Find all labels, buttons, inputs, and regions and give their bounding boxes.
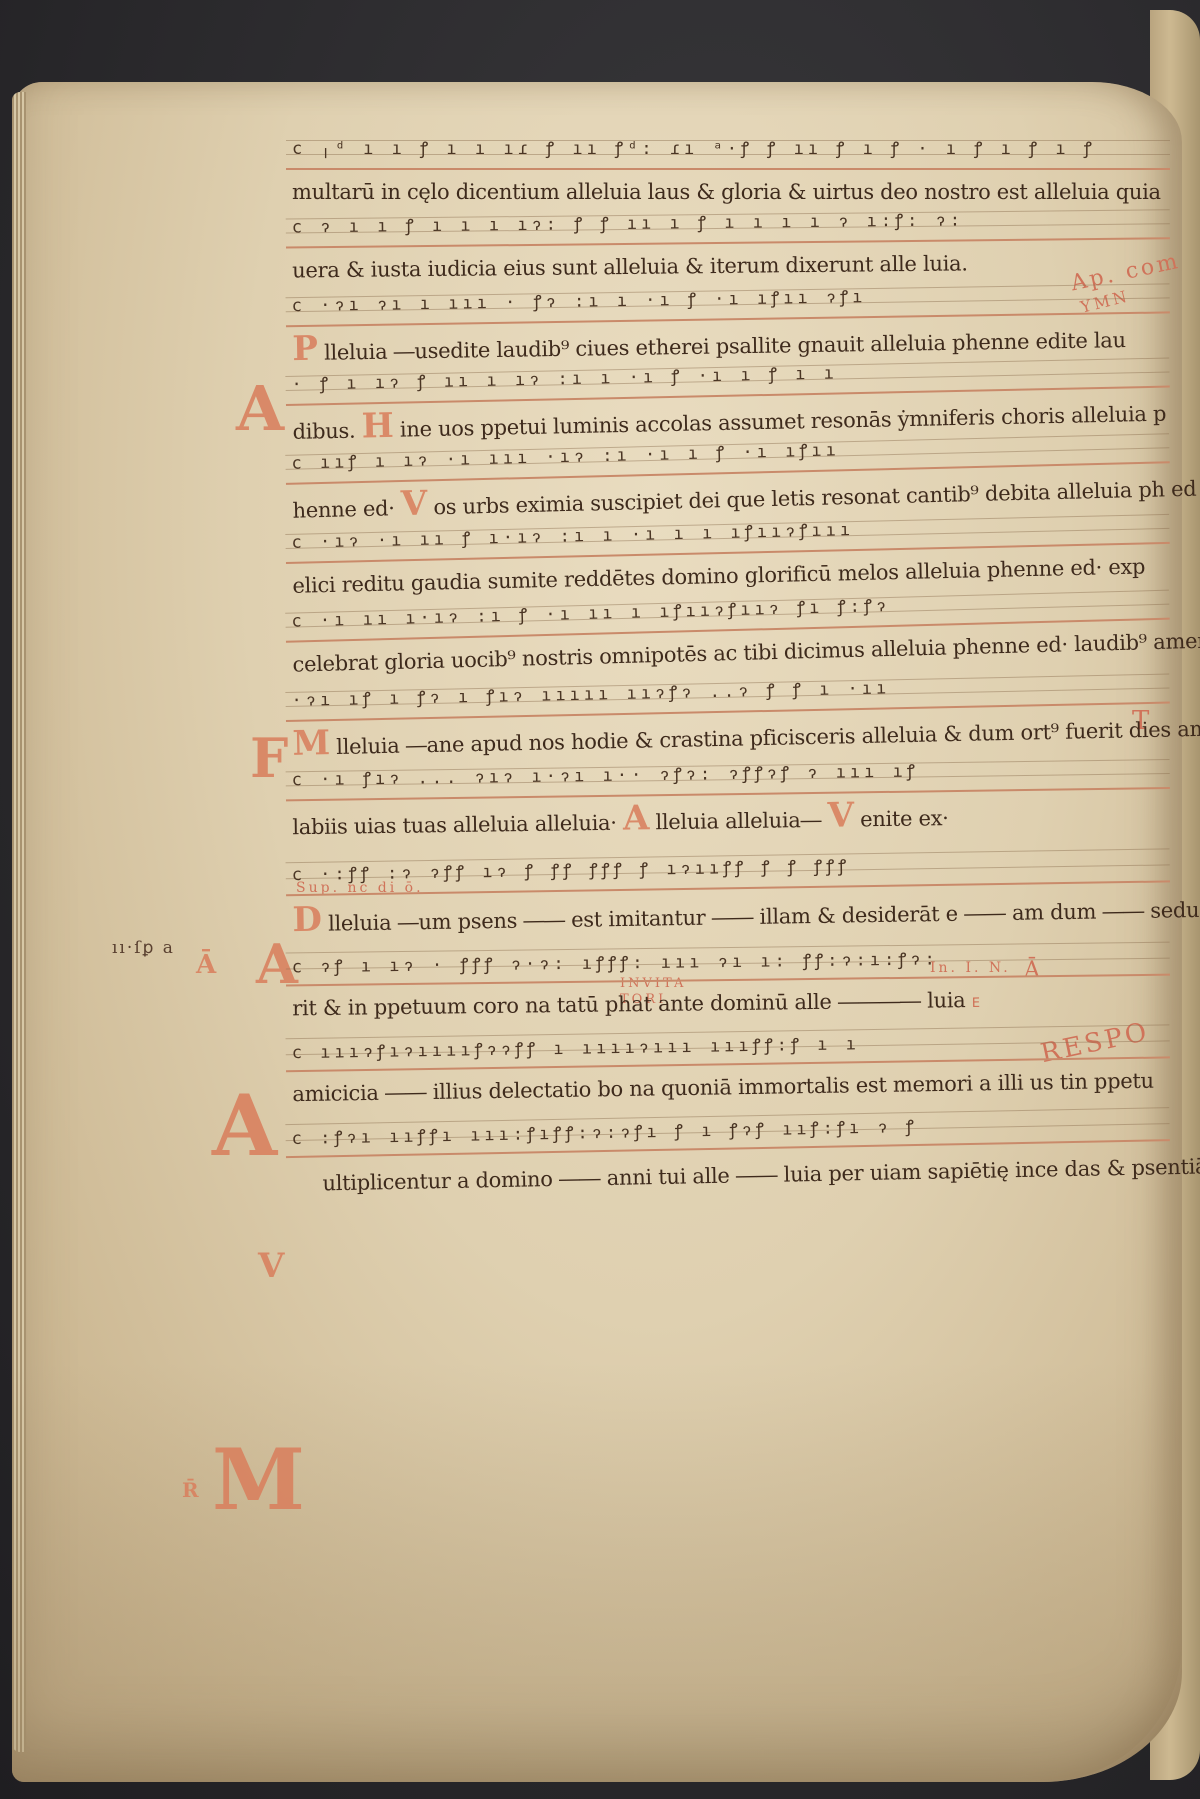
- lyric-rest: lleluia alleluia―: [655, 808, 821, 834]
- lyric-initial-V: V: [827, 795, 854, 835]
- initial-M-prefix: R̄: [182, 1478, 199, 1502]
- chant-system: c ɂꝭ ı ıɂ · ꝭꝭꝭ ɂ·ɂ: ıꝭꝭꝭ: ııı ɂı ı: ꝭꝭ:…: [239, 930, 1170, 1027]
- chant-system: c ·ı ꝭıɂ ... ɂıɂ ı·ɂı ı·· ɂꝭɂ: ɂꝭꝭɂꝭ ɂ ı…: [239, 749, 1170, 841]
- initial-M: M: [212, 1430, 305, 1529]
- initial-A-2-prefix: Ā: [196, 950, 216, 980]
- neume-staff: c ╷ᵈ ı ı ꝭ ı ı ıɾ ꝭ ıı ꝭᵈ: ɾı ᵃ·ꝭ ꝭ ıı ꝭ…: [240, 130, 1170, 176]
- neumes: c ·:ꝭꝭ :ɂ ɂꝭꝭ ıɂ ꝭ ꝭꝭ ꝭꝭꝭ ꝭ ıɂııꝭꝭ ꝭ ꝭ ꝭ…: [292, 848, 1170, 886]
- neumes: c ɂ ı ı ꝭ ı ı ı ıɂ: ꝭ ꝭ ıı ı ꝭ ı ı ı ı ɂ…: [292, 205, 1170, 238]
- lyric-text: dibus.: [292, 419, 355, 444]
- lyric-initial: H: [361, 406, 394, 447]
- lyric-text: rit & in ppetuum coro na tatū phat ante …: [292, 988, 965, 1020]
- lyric-initial: P: [292, 329, 318, 369]
- lyric-initial: V: [400, 483, 427, 524]
- lyric-tail: exp: [1108, 554, 1145, 579]
- lyric-initial: A: [623, 798, 650, 838]
- neumes: c ·ɂı ɂı ı ııı · ꝭɂ :ı ı ·ı ꝭ ·ı ıꝭıı ɂꝭ…: [291, 279, 1169, 317]
- neumes: c ╷ᵈ ı ı ꝭ ı ı ıɾ ꝭ ıı ꝭᵈ: ɾı ᵃ·ꝭ ꝭ ıı ꝭ…: [292, 136, 1170, 159]
- lyric-text: henne ed·: [292, 496, 395, 522]
- neumes: c ɂꝭ ı ıɂ · ꝭꝭꝭ ɂ·ɂ: ıꝭꝭꝭ: ııı ɂı ı: ꝭꝭ:…: [292, 944, 1170, 979]
- chant-system: c ╷ᵈ ı ı ꝭ ı ı ıɾ ꝭ ıı ꝭᵈ: ɾı ᵃ·ꝭ ꝭ ıı ꝭ…: [240, 130, 1170, 209]
- lyric-tail: luia.: [923, 251, 968, 275]
- chant-system: c :ꝭɂı ııꝭꝭı ııı:ꝭıꝭꝭ:ɂ:ɂꝭı ꝭ ı ꝭɂꝭ ııꝭ:…: [239, 1095, 1171, 1203]
- chant-text-block: c ╷ᵈ ı ı ꝭ ı ı ıɾ ꝭ ıı ꝭᵈ: ɾı ᵃ·ꝭ ꝭ ıı ꝭ…: [240, 130, 1170, 1203]
- lyric-initial: M: [292, 723, 330, 764]
- initial-V-verse: V: [258, 1246, 284, 1286]
- lyric-rest-2: enite ex·: [860, 806, 949, 831]
- chant-system: c ·:ꝭꝭ :ɂ ɂꝭꝭ ıɂ ꝭ ꝭꝭ ꝭꝭꝭ ꝭ ıɂııꝭꝭ ꝭ ꝭ ꝭ…: [239, 826, 1170, 941]
- lyric-tail: tin ppetu: [1060, 1069, 1154, 1094]
- neumes: c ·ı ꝭıɂ ... ɂıɂ ı·ɂı ı·· ɂꝭɂ: ɂꝭꝭɂꝭ ɂ ı…: [292, 755, 1170, 791]
- margin-note: ıı·ſꝑ a: [112, 938, 175, 958]
- lyric-initial: D: [292, 900, 322, 940]
- rubric-E: E: [972, 996, 982, 1011]
